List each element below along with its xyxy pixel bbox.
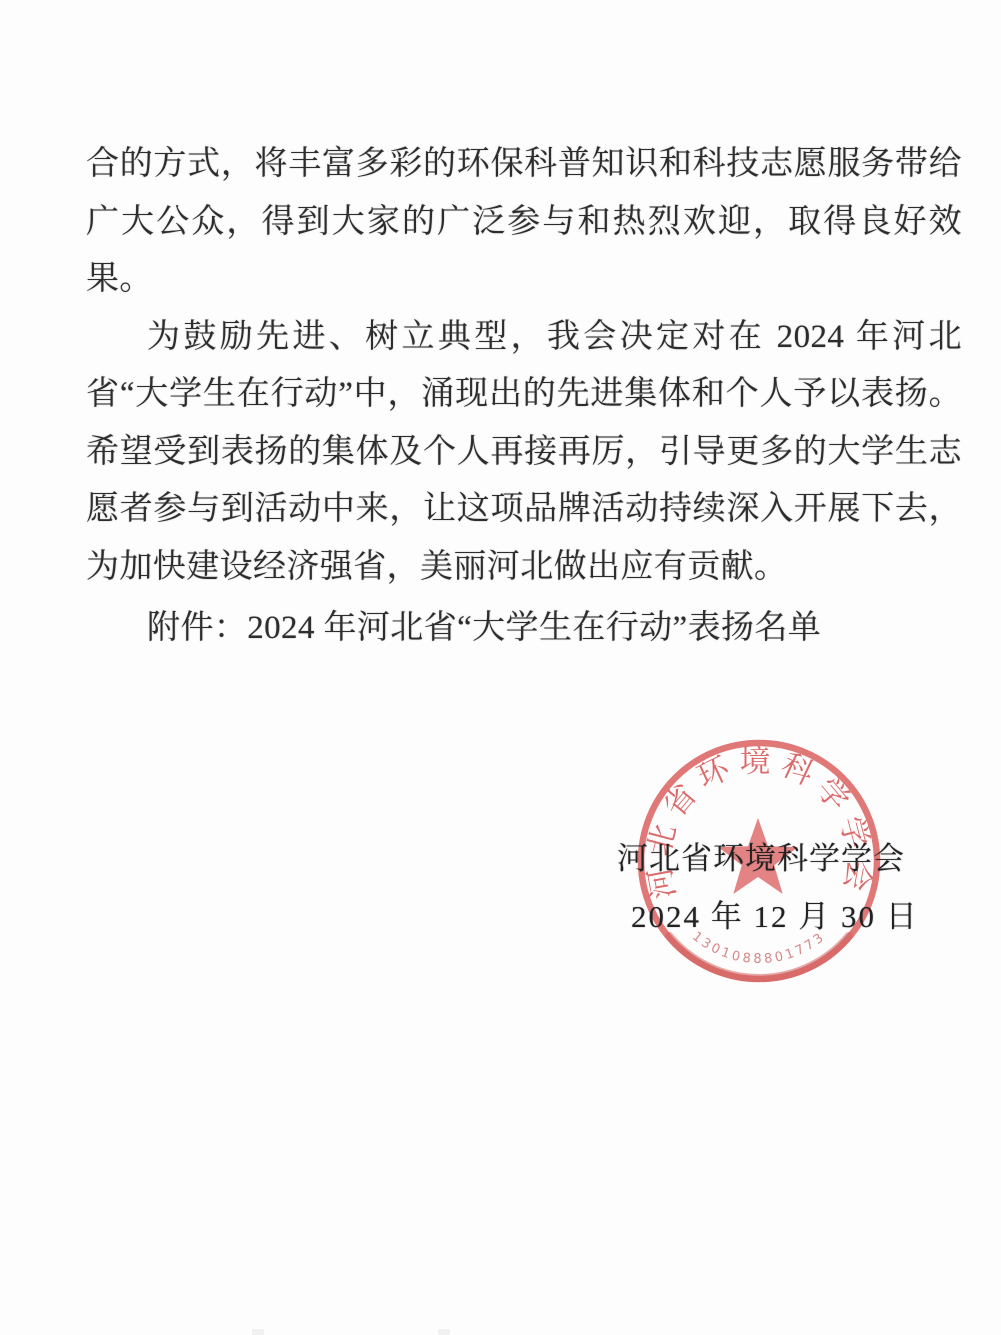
letter-body: 合的方式，将丰富多彩的环保科普知识和科技志愿服务带给广大公众，得到大家的广泛参与… xyxy=(86,136,962,596)
scan-edge-artifact xyxy=(252,1329,264,1335)
attachment-line: 附件：2024 年河北省“大学生在行动”表扬名单 xyxy=(86,600,962,658)
scan-edge-artifact xyxy=(438,1329,450,1335)
paragraph-main: 为鼓励先进、树立典型，我会决定对在 2024 年河北省“大学生在行动”中，涌现出… xyxy=(86,309,962,597)
signature-organization: 河北省环境科学学会 xyxy=(617,833,905,878)
paragraph-continuation: 合的方式，将丰富多彩的环保科普知识和科技志愿服务带给广大公众，得到大家的广泛参与… xyxy=(86,136,962,309)
letter-page: 合的方式，将丰富多彩的环保科普知识和科技志愿服务带给广大公众，得到大家的广泛参与… xyxy=(0,0,1001,1335)
signature-date: 2024 年 12 月 30 日 xyxy=(631,891,919,936)
